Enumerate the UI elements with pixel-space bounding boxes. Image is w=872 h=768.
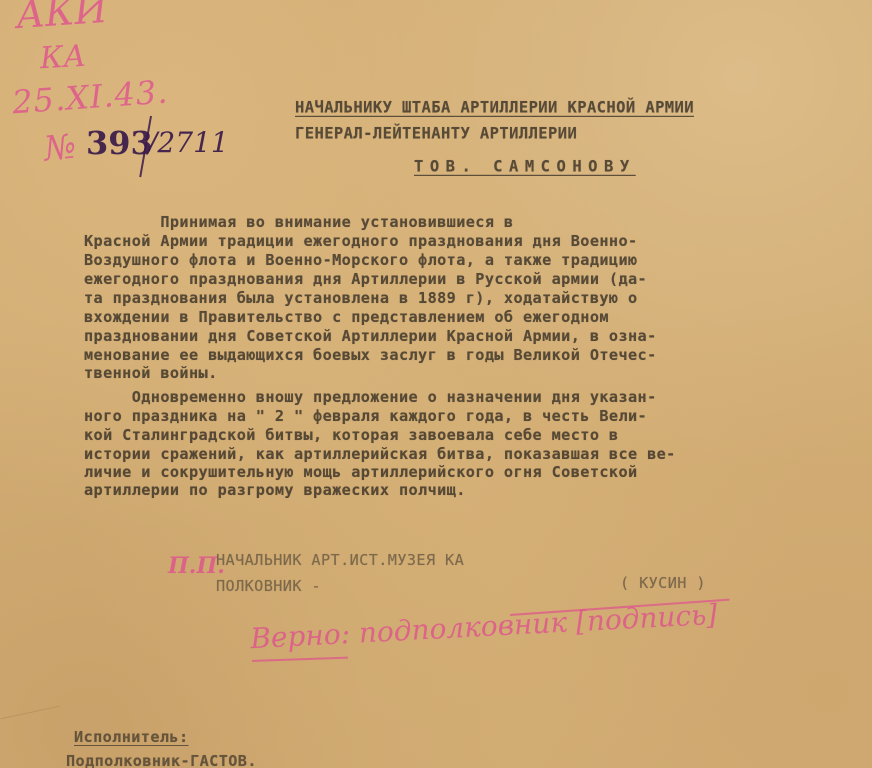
body-line: истории сражений, как артиллерийская бит… <box>84 445 676 464</box>
body-line: Красной Армии традиции ежегодного праздн… <box>84 232 638 251</box>
registration-number-prefix: № <box>42 126 78 169</box>
paper-crease <box>1 706 60 719</box>
registration-line-1: АКИ <box>15 0 109 37</box>
executor-label: Исполнитель: <box>74 728 189 747</box>
registration-date: 25.XI.43. <box>11 73 170 122</box>
body-line: ного праздника на " 2 " февраля каждого … <box>84 407 647 426</box>
registration-number-suffix: /2711 <box>148 126 229 159</box>
body-line: Принимая во внимание установившиеся в <box>84 213 513 232</box>
signature-name: ( КУСИН ) <box>620 574 706 593</box>
certification-handwritten: Верно: подполковник [подпись] <box>249 598 718 655</box>
addressee-line-2: ГЕНЕРАЛ-ЛЕЙТЕНАНТУ АРТИЛЛЕРИИ <box>295 124 577 143</box>
body-line: Воздушного флота и Военно-Морского флота… <box>84 251 638 270</box>
signature-rank: ПОЛКОВНИК - <box>216 577 321 596</box>
body-line: менование ее выдающихся боевых заслуг в … <box>84 346 657 365</box>
body-line: личие и сокрушительную мощь артиллерийск… <box>84 463 638 482</box>
body-line: артиллерии по разгрому вражеских полчищ. <box>84 481 466 500</box>
body-line: та празднования была установлена в 1889 … <box>84 289 638 308</box>
addressee-line-3: ТОВ. САМСОНОВУ <box>414 157 636 176</box>
registration-line-2: КА <box>39 39 87 76</box>
body-line: кой Сталинградской битвы, которая завоев… <box>84 426 618 445</box>
body-line: вхождении в Правительство с представлени… <box>84 308 609 327</box>
signature-title: НАЧАЛЬНИК АРТ.ИСТ.МУЗЕЯ КА <box>216 551 464 570</box>
body-line: ежегодного празднования дня Артиллерии в… <box>84 270 647 289</box>
addressee-line-1: НАЧАЛЬНИКУ ШТАБА АРТИЛЛЕРИИ КРАСНОЙ АРМИ… <box>295 98 694 117</box>
body-line: праздновании дня Советской Артиллерии Кр… <box>84 327 657 346</box>
body-line: твенной войны. <box>84 364 218 383</box>
certification-underline <box>252 657 348 662</box>
executor-name: Подполковник-ГАСТОВ. <box>66 752 257 768</box>
body-line: Одновременно вношу предложение о назначе… <box>84 388 657 407</box>
